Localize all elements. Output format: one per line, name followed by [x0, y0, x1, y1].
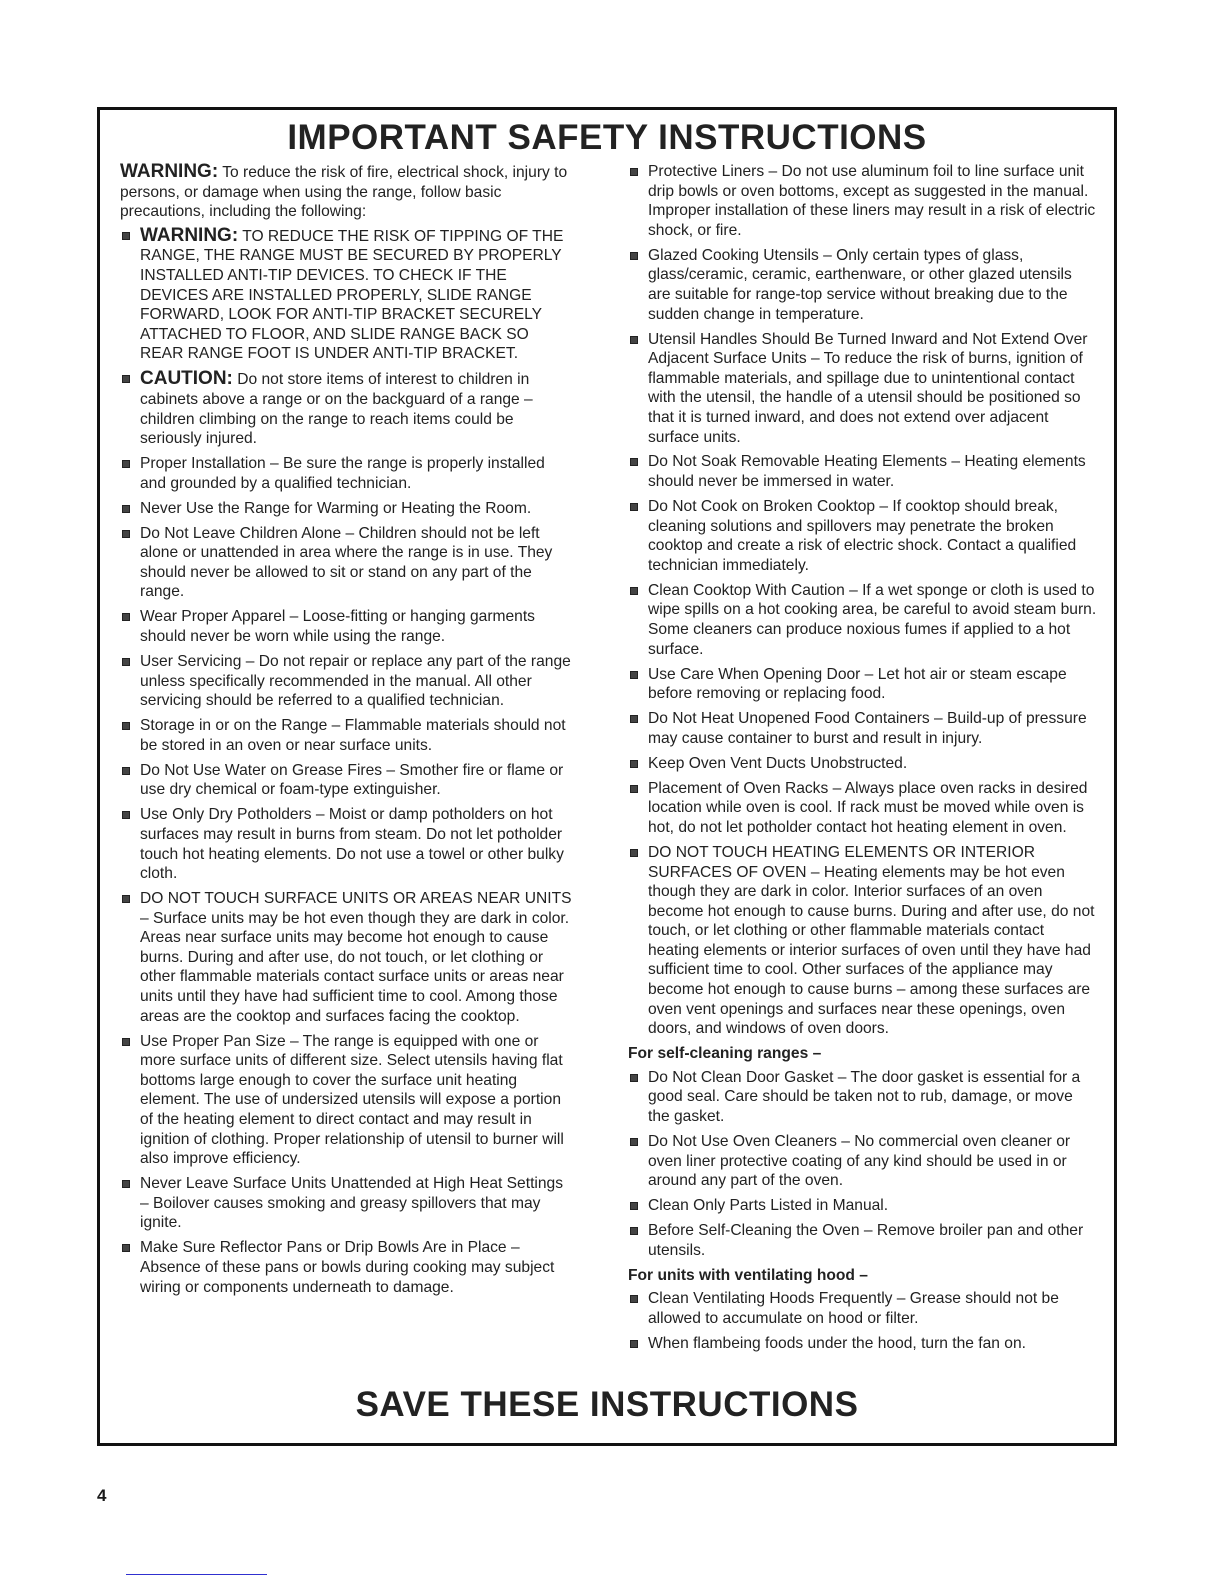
item-text: Do Not Use Water on Grease Fires – Smoth…	[140, 762, 563, 799]
item-text: Wear Proper Apparel – Loose-fitting or h…	[140, 608, 535, 645]
right-column: Protective Liners – Do not use aluminum …	[628, 162, 1098, 1359]
list-item: Do Not Cook on Broken Cooktop – If cookt…	[628, 497, 1098, 575]
list-item: Wear Proper Apparel – Loose-fitting or h…	[120, 607, 575, 646]
item-text: Use Only Dry Potholders – Moist or damp …	[140, 806, 564, 882]
list-item: DO NOT TOUCH SURFACE UNITS OR AREAS NEAR…	[120, 889, 575, 1026]
list-item: Never Use the Range for Warming or Heati…	[120, 499, 575, 519]
list-item: Do Not Heat Unopened Food Containers – B…	[628, 709, 1098, 748]
hood-heading: For units with ventilating hood –	[628, 1266, 1098, 1286]
self-cleaning-heading: For self-cleaning ranges –	[628, 1044, 1098, 1064]
left-column: WARNING: To reduce the risk of fire, ele…	[120, 162, 575, 1303]
list-item: Glazed Cooking Utensils – Only certain t…	[628, 246, 1098, 324]
item-text: Use Proper Pan Size – The range is equip…	[140, 1033, 564, 1168]
list-item: Use Only Dry Potholders – Moist or damp …	[120, 805, 575, 883]
page-title: IMPORTANT SAFETY INSTRUCTIONS	[100, 118, 1114, 158]
list-item: Placement of Oven Racks – Always place o…	[628, 779, 1098, 838]
item-text: Do Not Leave Children Alone – Children s…	[140, 525, 552, 601]
left-list: WARNING: TO REDUCE THE RISK OF TIPPING O…	[120, 226, 575, 1297]
list-item: Proper Installation – Be sure the range …	[120, 454, 575, 493]
item-text: Storage in or on the Range – Flammable m…	[140, 717, 566, 754]
save-instructions-title: SAVE THESE INSTRUCTIONS	[100, 1385, 1114, 1425]
list-item: Storage in or on the Range – Flammable m…	[120, 716, 575, 755]
list-item: Do Not Use Oven Cleaners – No commercial…	[628, 1132, 1098, 1191]
list-item: User Servicing – Do not repair or replac…	[120, 652, 575, 711]
list-item: Clean Ventilating Hoods Frequently – Gre…	[628, 1289, 1098, 1328]
list-item: Do Not Leave Children Alone – Children s…	[120, 524, 575, 602]
page-number: 4	[97, 1486, 106, 1506]
item-text: Proper Installation – Be sure the range …	[140, 455, 545, 492]
intro-lead: WARNING:	[120, 161, 218, 182]
hood-list: Clean Ventilating Hoods Frequently – Gre…	[628, 1289, 1098, 1353]
list-item: Before Self-Cleaning the Oven – Remove b…	[628, 1221, 1098, 1260]
list-item: DO NOT TOUCH HEATING ELEMENTS OR INTERIO…	[628, 843, 1098, 1039]
list-item: Utensil Handles Should Be Turned Inward …	[628, 330, 1098, 448]
list-item: When flambeing foods under the hood, tur…	[628, 1334, 1098, 1354]
item-text: Never Use the Range for Warming or Heati…	[140, 500, 531, 517]
right-list: Protective Liners – Do not use aluminum …	[628, 162, 1098, 1039]
item-text: Make Sure Reflector Pans or Drip Bowls A…	[140, 1239, 554, 1295]
item-text: TO REDUCE THE RISK OF TIPPING OF THE RAN…	[140, 228, 563, 363]
item-text: User Servicing – Do not repair or replac…	[140, 653, 571, 709]
list-item: CAUTION: Do not store items of interest …	[120, 369, 575, 448]
list-item: Use Proper Pan Size – The range is equip…	[120, 1032, 575, 1169]
item-lead: CAUTION:	[140, 368, 233, 389]
list-item: Do Not Use Water on Grease Fires – Smoth…	[120, 761, 575, 800]
list-item: Keep Oven Vent Ducts Unobstructed.	[628, 754, 1098, 774]
item-text: DO NOT TOUCH SURFACE UNITS OR AREAS NEAR…	[140, 890, 572, 1025]
list-item: Make Sure Reflector Pans or Drip Bowls A…	[120, 1238, 575, 1297]
link-underline	[126, 1574, 267, 1575]
list-item: Never Leave Surface Units Unattended at …	[120, 1174, 575, 1233]
list-item: Clean Only Parts Listed in Manual.	[628, 1196, 1098, 1216]
item-lead: WARNING:	[140, 225, 238, 246]
item-text: Never Leave Surface Units Unattended at …	[140, 1175, 563, 1231]
list-item: Do Not Clean Door Gasket – The door gask…	[628, 1068, 1098, 1127]
list-item: WARNING: TO REDUCE THE RISK OF TIPPING O…	[120, 226, 575, 364]
self-cleaning-list: Do Not Clean Door Gasket – The door gask…	[628, 1068, 1098, 1261]
list-item: Do Not Soak Removable Heating Elements –…	[628, 452, 1098, 491]
intro-paragraph: WARNING: To reduce the risk of fire, ele…	[120, 162, 575, 222]
list-item: Use Care When Opening Door – Let hot air…	[628, 665, 1098, 704]
safety-instructions-box: IMPORTANT SAFETY INSTRUCTIONS WARNING: T…	[97, 107, 1117, 1446]
list-item: Protective Liners – Do not use aluminum …	[628, 162, 1098, 240]
list-item: Clean Cooktop With Caution – If a wet sp…	[628, 581, 1098, 659]
